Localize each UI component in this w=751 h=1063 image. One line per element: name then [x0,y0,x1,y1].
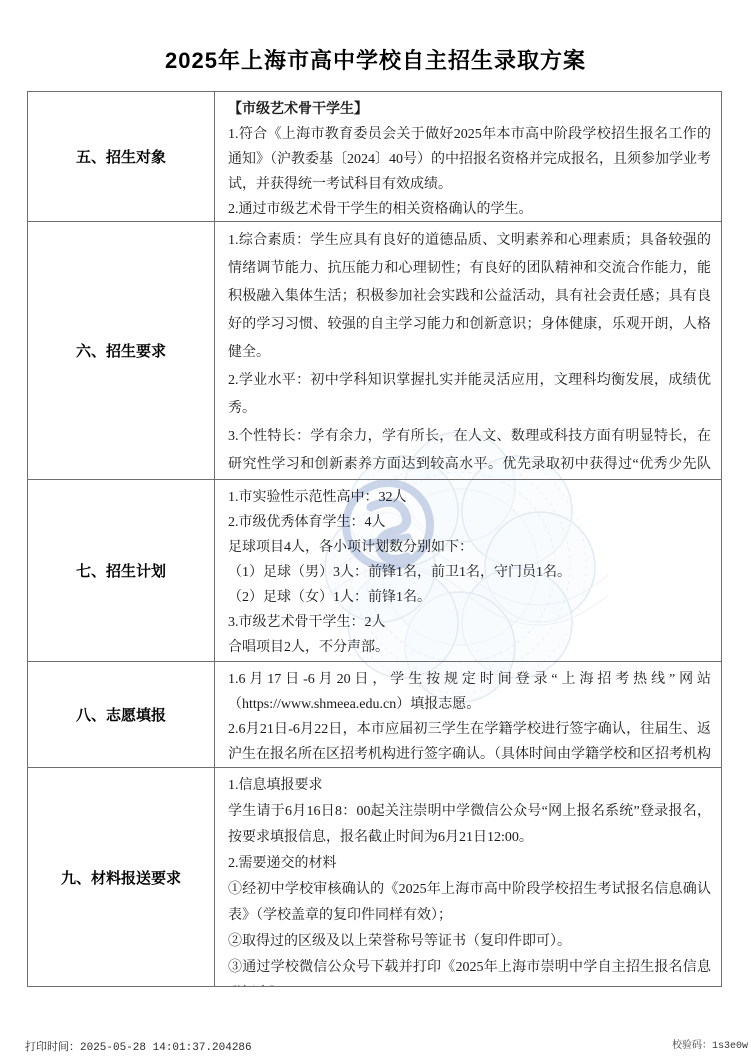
paragraph: 合唱项目2人，不分声部。 [228,635,711,660]
paragraph: 2.学业水平：初中学科知识掌握扎实并能灵活应用，文理科均衡发展，成绩优秀。 [228,367,711,423]
paragraph: 【市级艺术骨干学生】 [228,97,711,122]
table-row-enrollment-target: 五、招生对象 【市级艺术骨干学生】1.符合《上海市教育委员会关于做好2025年本… [28,92,721,222]
print-time: 打印时间：2025-05-28 14:01:37.204286 [25,1038,252,1054]
row-content: 1.市实验性示范性高中：32人2.市级优秀体育学生：4人足球项目4人，各小项计划… [215,480,721,661]
checksum-value: 1s3e0w [712,1041,748,1052]
paragraph: 1.符合《上海市教育委员会关于做好2025年本市高中阶段学校招生报名工作的通知》… [228,122,711,197]
table-row-enrollment-plan: 七、招生计划 1.市实验性示范性高中：32人2.市级优秀体育学生：4人足球项目4… [28,480,721,662]
paragraph: ②取得过的区级及以上荣誉称号等证书（复印件即可）。 [228,929,711,955]
row-content: 【市级艺术骨干学生】1.符合《上海市教育委员会关于做好2025年本市高中阶段学校… [215,92,721,221]
paragraph: （2）足球（女）1人：前锋1名。 [228,585,711,610]
row-label: 五、招生对象 [28,92,215,221]
admission-plan-table: 五、招生对象 【市级艺术骨干学生】1.符合《上海市教育委员会关于做好2025年本… [27,91,722,987]
paragraph: 2.通过市级艺术骨干学生的相关资格确认的学生。 [228,197,711,221]
paragraph: 1.综合素质：学生应具有良好的道德品质、文明素养和心理素质；具备较强的情绪调节能… [228,227,711,367]
row-label: 七、招生计划 [28,480,215,661]
row-content: 1.信息填报要求学生请于6月16日8：00起关注崇明中学微信公众号“网上报名系统… [215,768,721,986]
paragraph: 1.市实验性示范性高中：32人 [228,485,711,510]
paragraph: ③通过学校微信公众号下载并打印《2025年上海市崇明中学自主招生报名信息登记表》 [228,955,711,986]
table-row-application-filing: 八、志愿填报 1.6月17日-6月20日，学生按规定时间登录“上海招考热线”网站… [28,662,721,768]
paragraph: 1.信息填报要求 [228,773,711,799]
paragraph: 3.个性特长：学有余力，学有所长，在人文、数理或科技方面有明显特长，在研究性学习… [228,423,711,479]
paragraph: 足球项目4人，各小项计划数分别如下： [228,535,711,560]
table-row-enrollment-requirements: 六、招生要求 1.综合素质：学生应具有良好的道德品质、文明素养和心理素质；具备较… [28,222,721,480]
row-label: 六、招生要求 [28,222,215,479]
page-title: 2025年上海市高中学校自主招生录取方案 [0,44,751,75]
row-content: 1.综合素质：学生应具有良好的道德品质、文明素养和心理素质；具备较强的情绪调节能… [215,222,721,479]
paragraph: 2.市级优秀体育学生：4人 [228,510,711,535]
row-content: 1.6月17日-6月20日，学生按规定时间登录“上海招考热线”网站（https:… [215,662,721,767]
paragraph: 2.6月21日-6月22日，本市应届初三学生在学籍学校进行签字确认，往届生、返沪… [228,717,711,767]
print-time-value: 2025-05-28 14:01:37.204286 [80,1042,252,1054]
table-row-material-submission: 九、材料报送要求 1.信息填报要求学生请于6月16日8：00起关注崇明中学微信公… [28,768,721,986]
paragraph: 1.6月17日-6月20日，学生按规定时间登录“上海招考热线”网站（https:… [228,667,711,717]
paragraph: 2.需要递交的材料 [228,851,711,877]
checksum-label: 校验码： [672,1041,712,1052]
paragraph: ①经初中学校审核确认的《2025年上海市高中阶段学校招生考试报名信息确认表》（学… [228,877,711,929]
paragraph: 3.市级艺术骨干学生：2人 [228,610,711,635]
row-label: 九、材料报送要求 [28,768,215,986]
paragraph: （1）足球（男）3人：前锋1名，前卫1名，守门员1名。 [228,560,711,585]
checksum: 校验码：1s3e0w [672,1036,748,1052]
page-footer: 打印时间：2025-05-28 14:01:37.204286 校验码：1s3e… [0,1034,751,1056]
paragraph: 学生请于6月16日8：00起关注崇明中学微信公众号“网上报名系统”登录报名，按要… [228,799,711,851]
row-label: 八、志愿填报 [28,662,215,767]
print-time-label: 打印时间： [25,1042,80,1054]
